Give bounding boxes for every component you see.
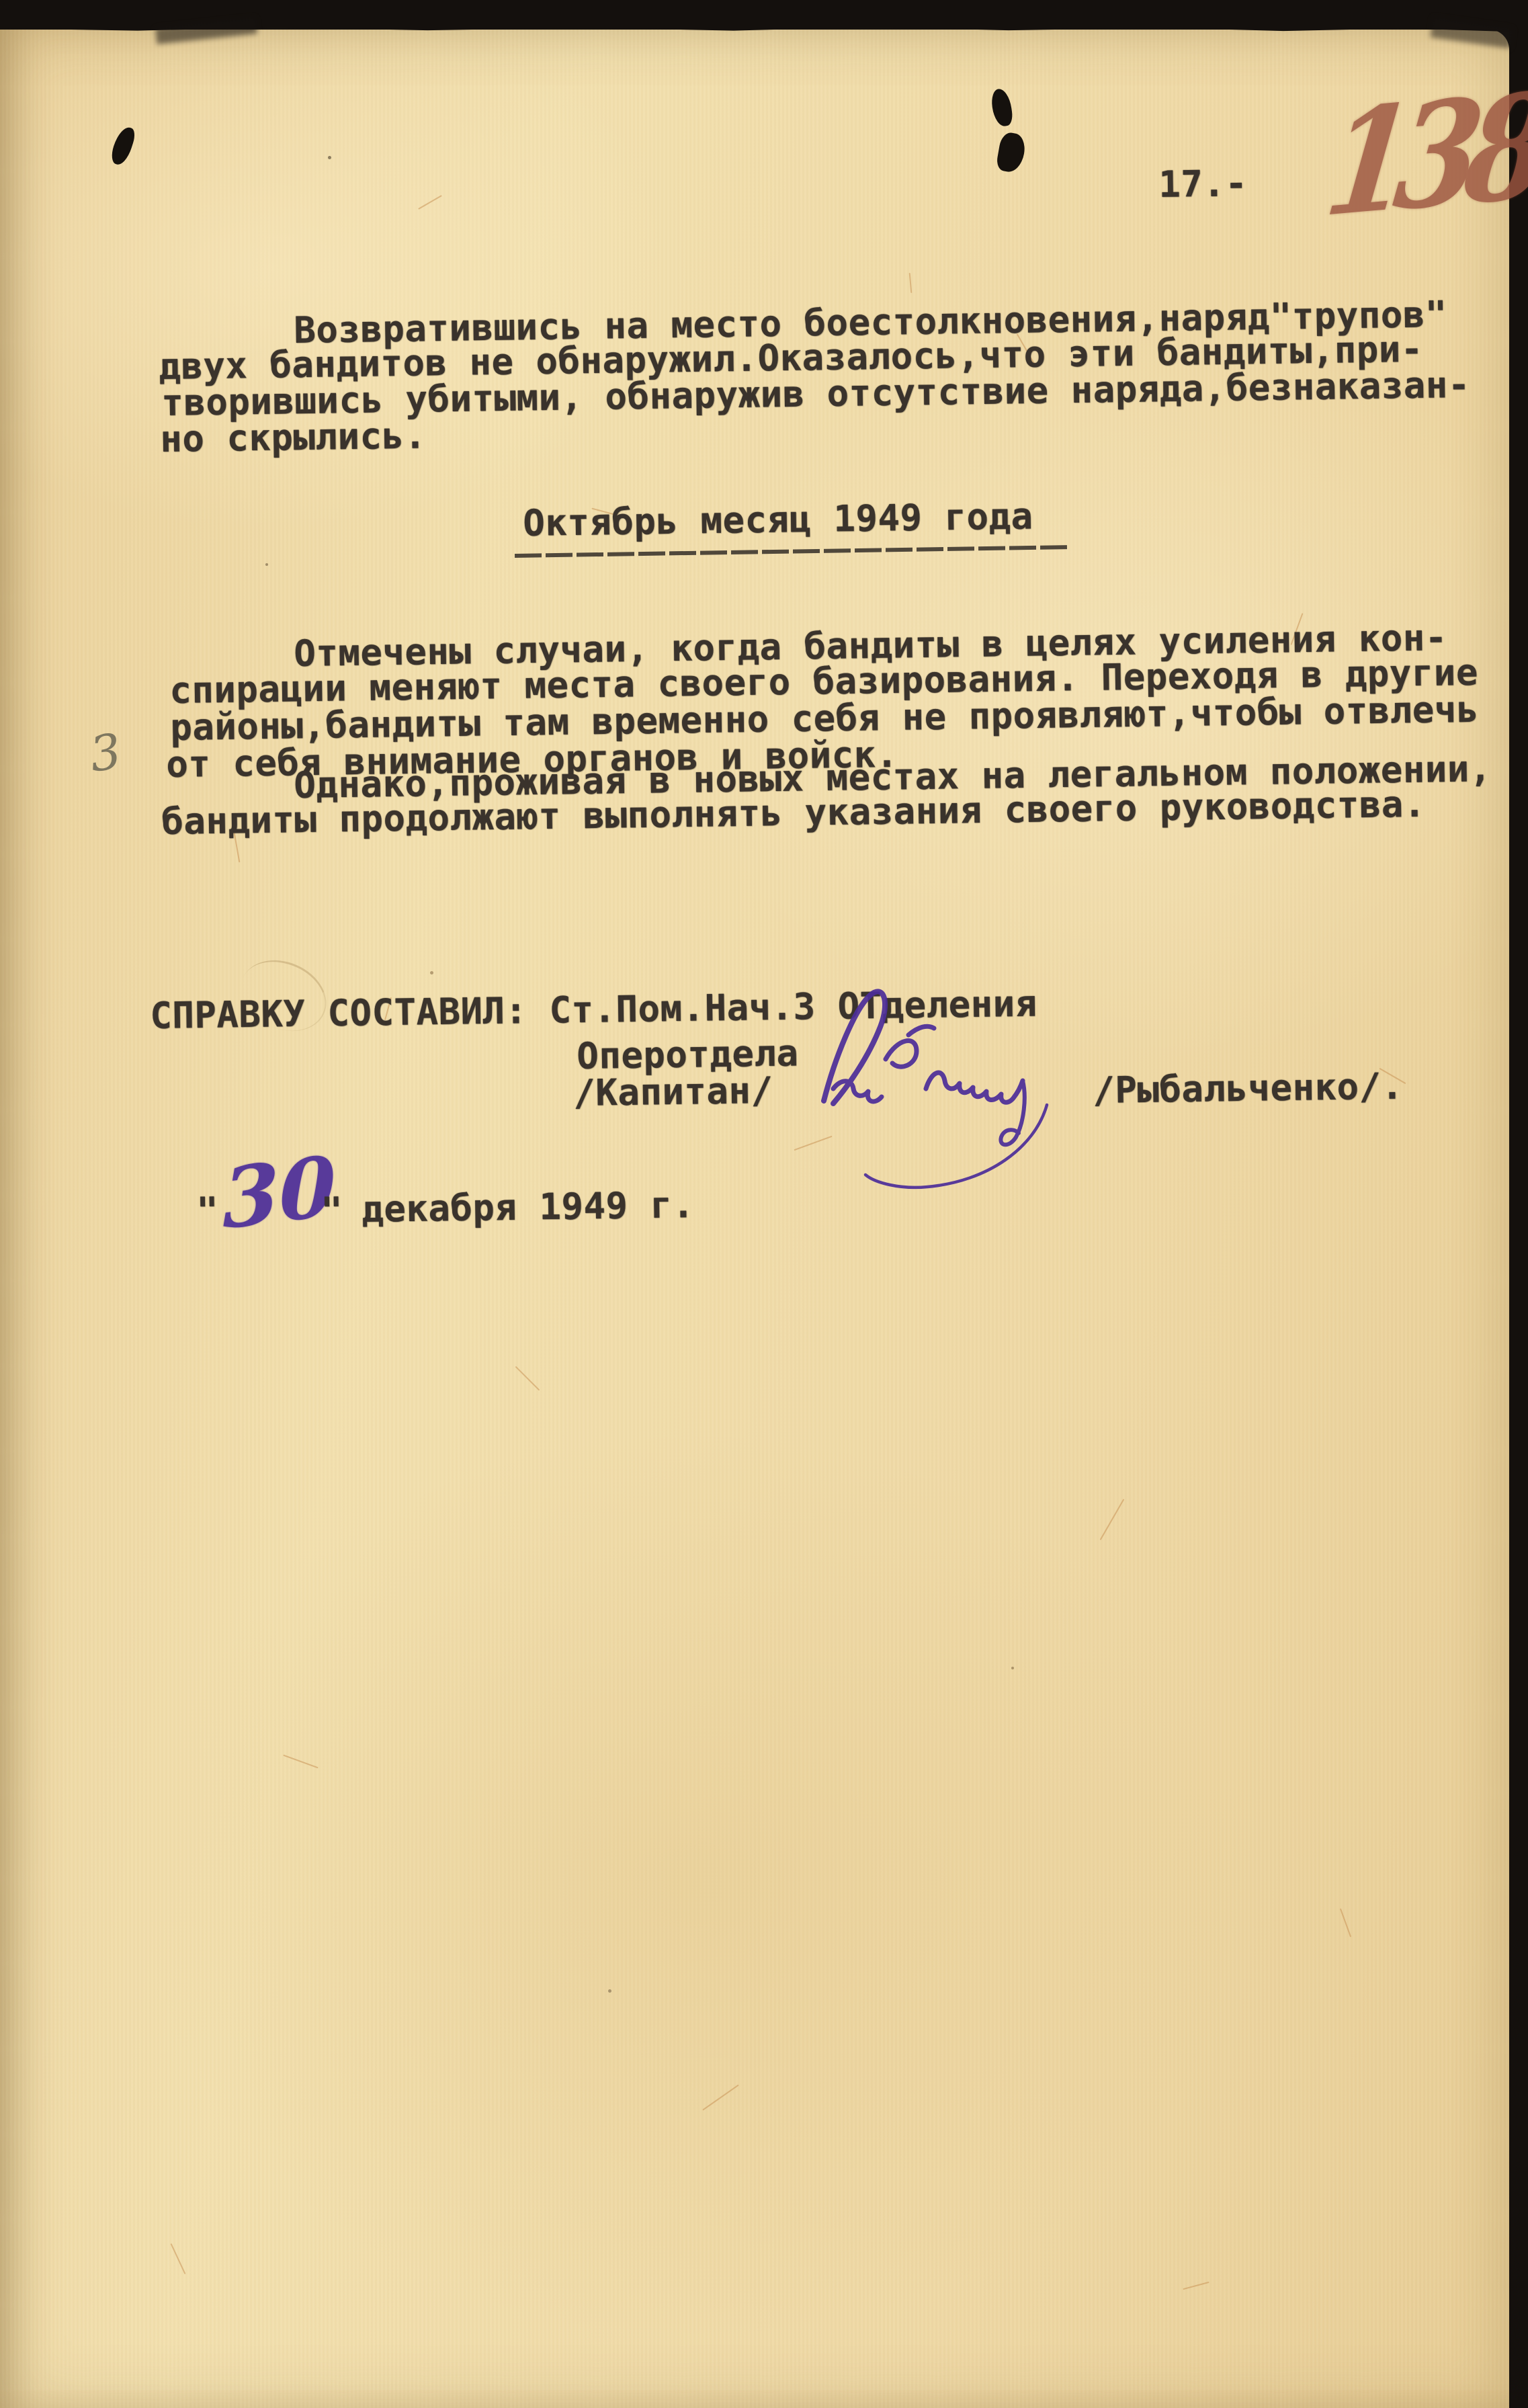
section-heading: Октябрь месяц 1949 года [523, 498, 1033, 542]
date-month-year: декабря 1949 г. [362, 1187, 695, 1228]
archival-page-number-handwritten: 138 [1318, 61, 1528, 249]
scan-edge-right [1509, 0, 1528, 2408]
scanned-document-page: 17.- 138 Возвратившись на место боестолк… [0, 0, 1528, 2408]
date-open-quote: " [196, 1193, 219, 1229]
paragraph1-line: но скрылись. [160, 417, 427, 458]
paper-speck [1011, 1667, 1014, 1669]
date-close-quote: " [321, 1193, 343, 1229]
paper-speck [265, 563, 268, 566]
rybalchenko-signature [766, 973, 1089, 1202]
typed-page-number: 17.- [1158, 165, 1248, 203]
attribution-rank: /Капитан/ [573, 1073, 773, 1112]
paper-speck [608, 1989, 611, 1993]
paper-speck [328, 156, 331, 159]
attribution-surname: /Рыбальченко/. [1093, 1069, 1404, 1109]
handwritten-day: 30 [222, 1136, 337, 1247]
paper-speck [430, 971, 433, 974]
